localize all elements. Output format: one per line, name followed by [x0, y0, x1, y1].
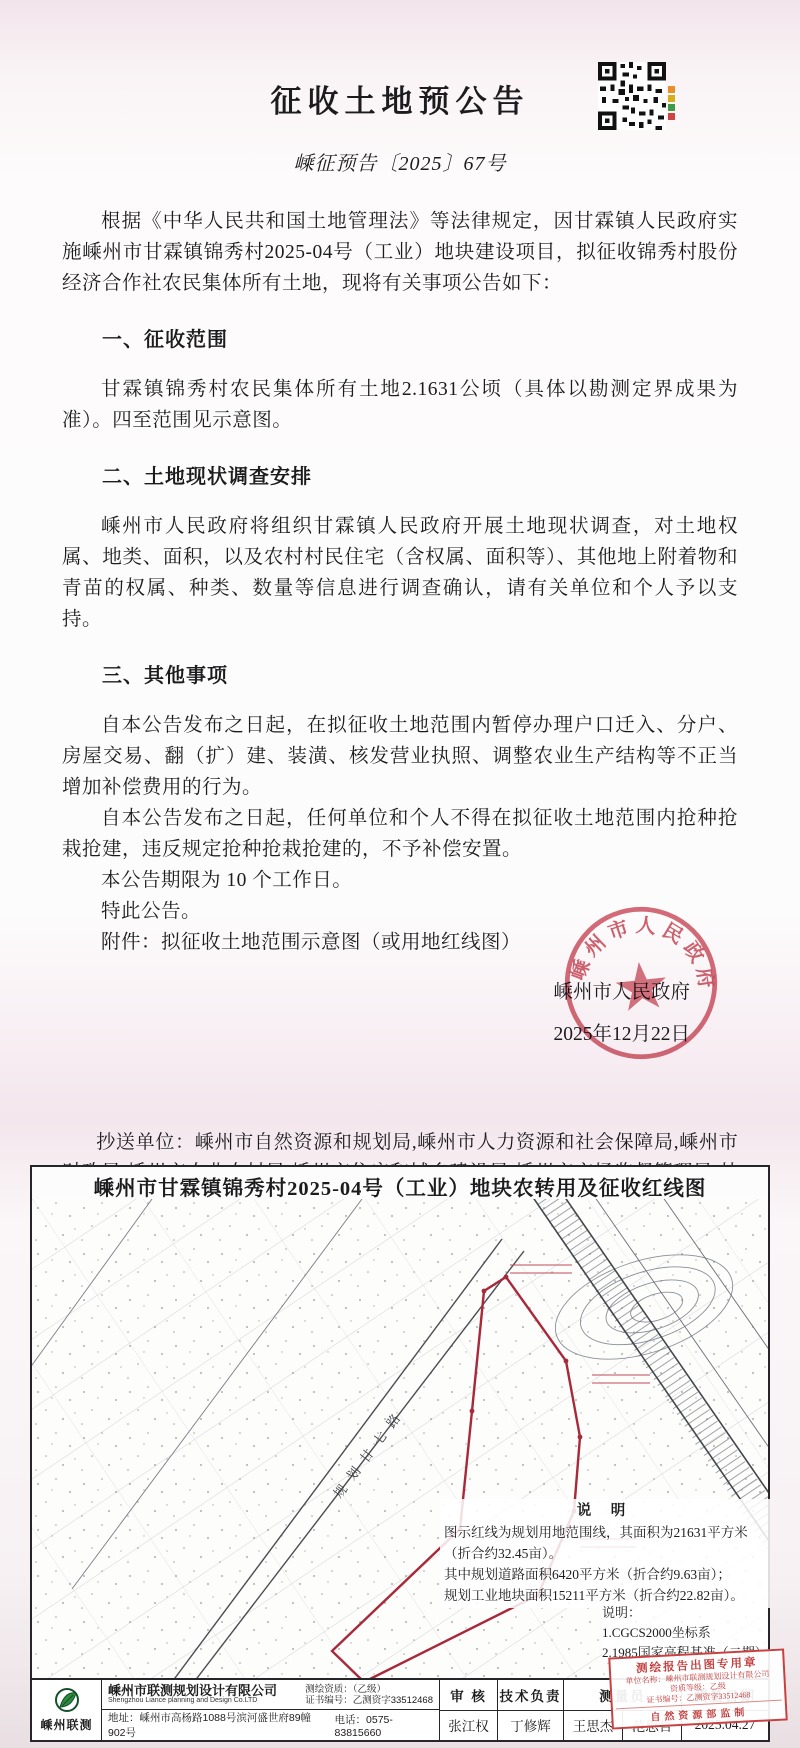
tech-lead-header: 技术负责: [498, 1680, 563, 1711]
note-line-2: 其中规划道路面积6420平方米（折合约9.63亩）；: [444, 1564, 766, 1585]
survey-report-stamp: 测绘报告出图专用章 单位名称：嵊州市联测规划设计有限公司 资质等级：乙级 证书编…: [608, 1648, 788, 1729]
hereby-announced: 特此公告。: [62, 896, 738, 927]
company-name-cn: 嵊州市联测规划设计有限公司: [108, 1684, 277, 1697]
legend-title: 说明：: [602, 1603, 768, 1623]
liance-logo-icon: [52, 1687, 82, 1715]
doc-title: 征收土地预公告: [62, 76, 738, 121]
section-3-paragraph-2: 自本公告发布之日起，任何单位和个人不得在拟征收土地范围内抢种抢栽抢建，违反规定抢…: [62, 803, 738, 865]
section-2-paragraph: 嵊州市人民政府将组织甘霖镇人民政府开展土地现状调查，对土地权属、地类、面积，以及…: [62, 511, 738, 635]
legend-item-1: 1.CGCS2000坐标系: [602, 1623, 768, 1643]
certificate-no: 证书编号：乙测资字33512468: [305, 1695, 433, 1706]
company-phone: 电话：0575-83815660: [335, 1712, 433, 1739]
section-2-heading: 二、土地现状调查安排: [62, 460, 738, 489]
company-logo-cell: 嵊州联测: [32, 1680, 102, 1740]
attachment-line: 附件：拟征收土地范围示意图（或用地红线图）: [62, 927, 738, 958]
signature-block: 嵊州市人民政府 嵊州市人民政府 2025年12月22日: [62, 972, 738, 1056]
section-3-heading: 三、其他事项: [62, 659, 738, 688]
qualification: 测绘资质：（乙级）: [305, 1684, 433, 1695]
review-name: 张江权: [440, 1711, 497, 1741]
announcement-body: 征收土地预公告 嵊征预告〔2025〕67号 根据《中华人民共和国土地管理法》等法…: [62, 76, 738, 1237]
section-1-heading: 一、征收范围: [62, 323, 738, 352]
company-info-cell: 嵊州市联测规划设计有限公司 Shengzhou Liance planning …: [102, 1680, 440, 1740]
company-name-en: Shengzhou Liance planning and Design Co.…: [108, 1697, 277, 1705]
doc-number: 嵊征预告〔2025〕67号: [62, 147, 738, 176]
tech-lead-column: 技术负责 丁修辉: [498, 1680, 564, 1740]
logo-label: 嵊州联测: [40, 1716, 92, 1733]
note-title: 说 明: [444, 1501, 766, 1522]
map-title: 嵊州市甘霖镇锦秀村2025-04号（工业）地块农转用及征收红线图: [32, 1171, 768, 1201]
section-1-paragraph: 甘霖镇锦秀村农民集体所有土地2.1631公顷（具体以勘测定界成果为准）。四至范围…: [62, 374, 738, 436]
note-line-1: 图示红线为规划用地范围线，其面积为21631平方米（折合约32.45亩）。: [444, 1522, 766, 1564]
intro-paragraph: 根据《中华人民共和国土地管理法》等法律规定，因甘霖镇人民政府实施嵊州市甘霖镇锦秀…: [62, 206, 738, 299]
scanned-announcement-page: 征收土地预公告 嵊征预告〔2025〕67号 根据《中华人民共和国土地管理法》等法…: [0, 0, 800, 1748]
redline-map-sheet: 嵊州市甘霖镇锦秀村2025-04号（工业）地块农转用及征收红线图: [30, 1165, 770, 1742]
review-header: 审 核: [440, 1680, 497, 1711]
issue-date: 2025年12月22日: [62, 1014, 690, 1056]
company-address: 地址：嵊州市高杨路1088号滨河盛世府89幢902号: [108, 1710, 325, 1740]
tech-lead-name: 丁修辉: [498, 1711, 563, 1741]
notice-period: 本公告期限为 10 个工作日。: [62, 865, 738, 896]
issuer-name: 嵊州市人民政府: [62, 972, 690, 1014]
section-3-paragraph-1: 自本公告发布之日起，在拟征收土地范围内暂停办理户口迁入、分户、房屋交易、翻（扩）…: [62, 710, 738, 803]
map-note-box: 说 明 图示红线为规划用地范围线，其面积为21631平方米（折合约32.45亩）…: [440, 1499, 770, 1608]
review-column: 审 核 张江权: [440, 1680, 498, 1740]
